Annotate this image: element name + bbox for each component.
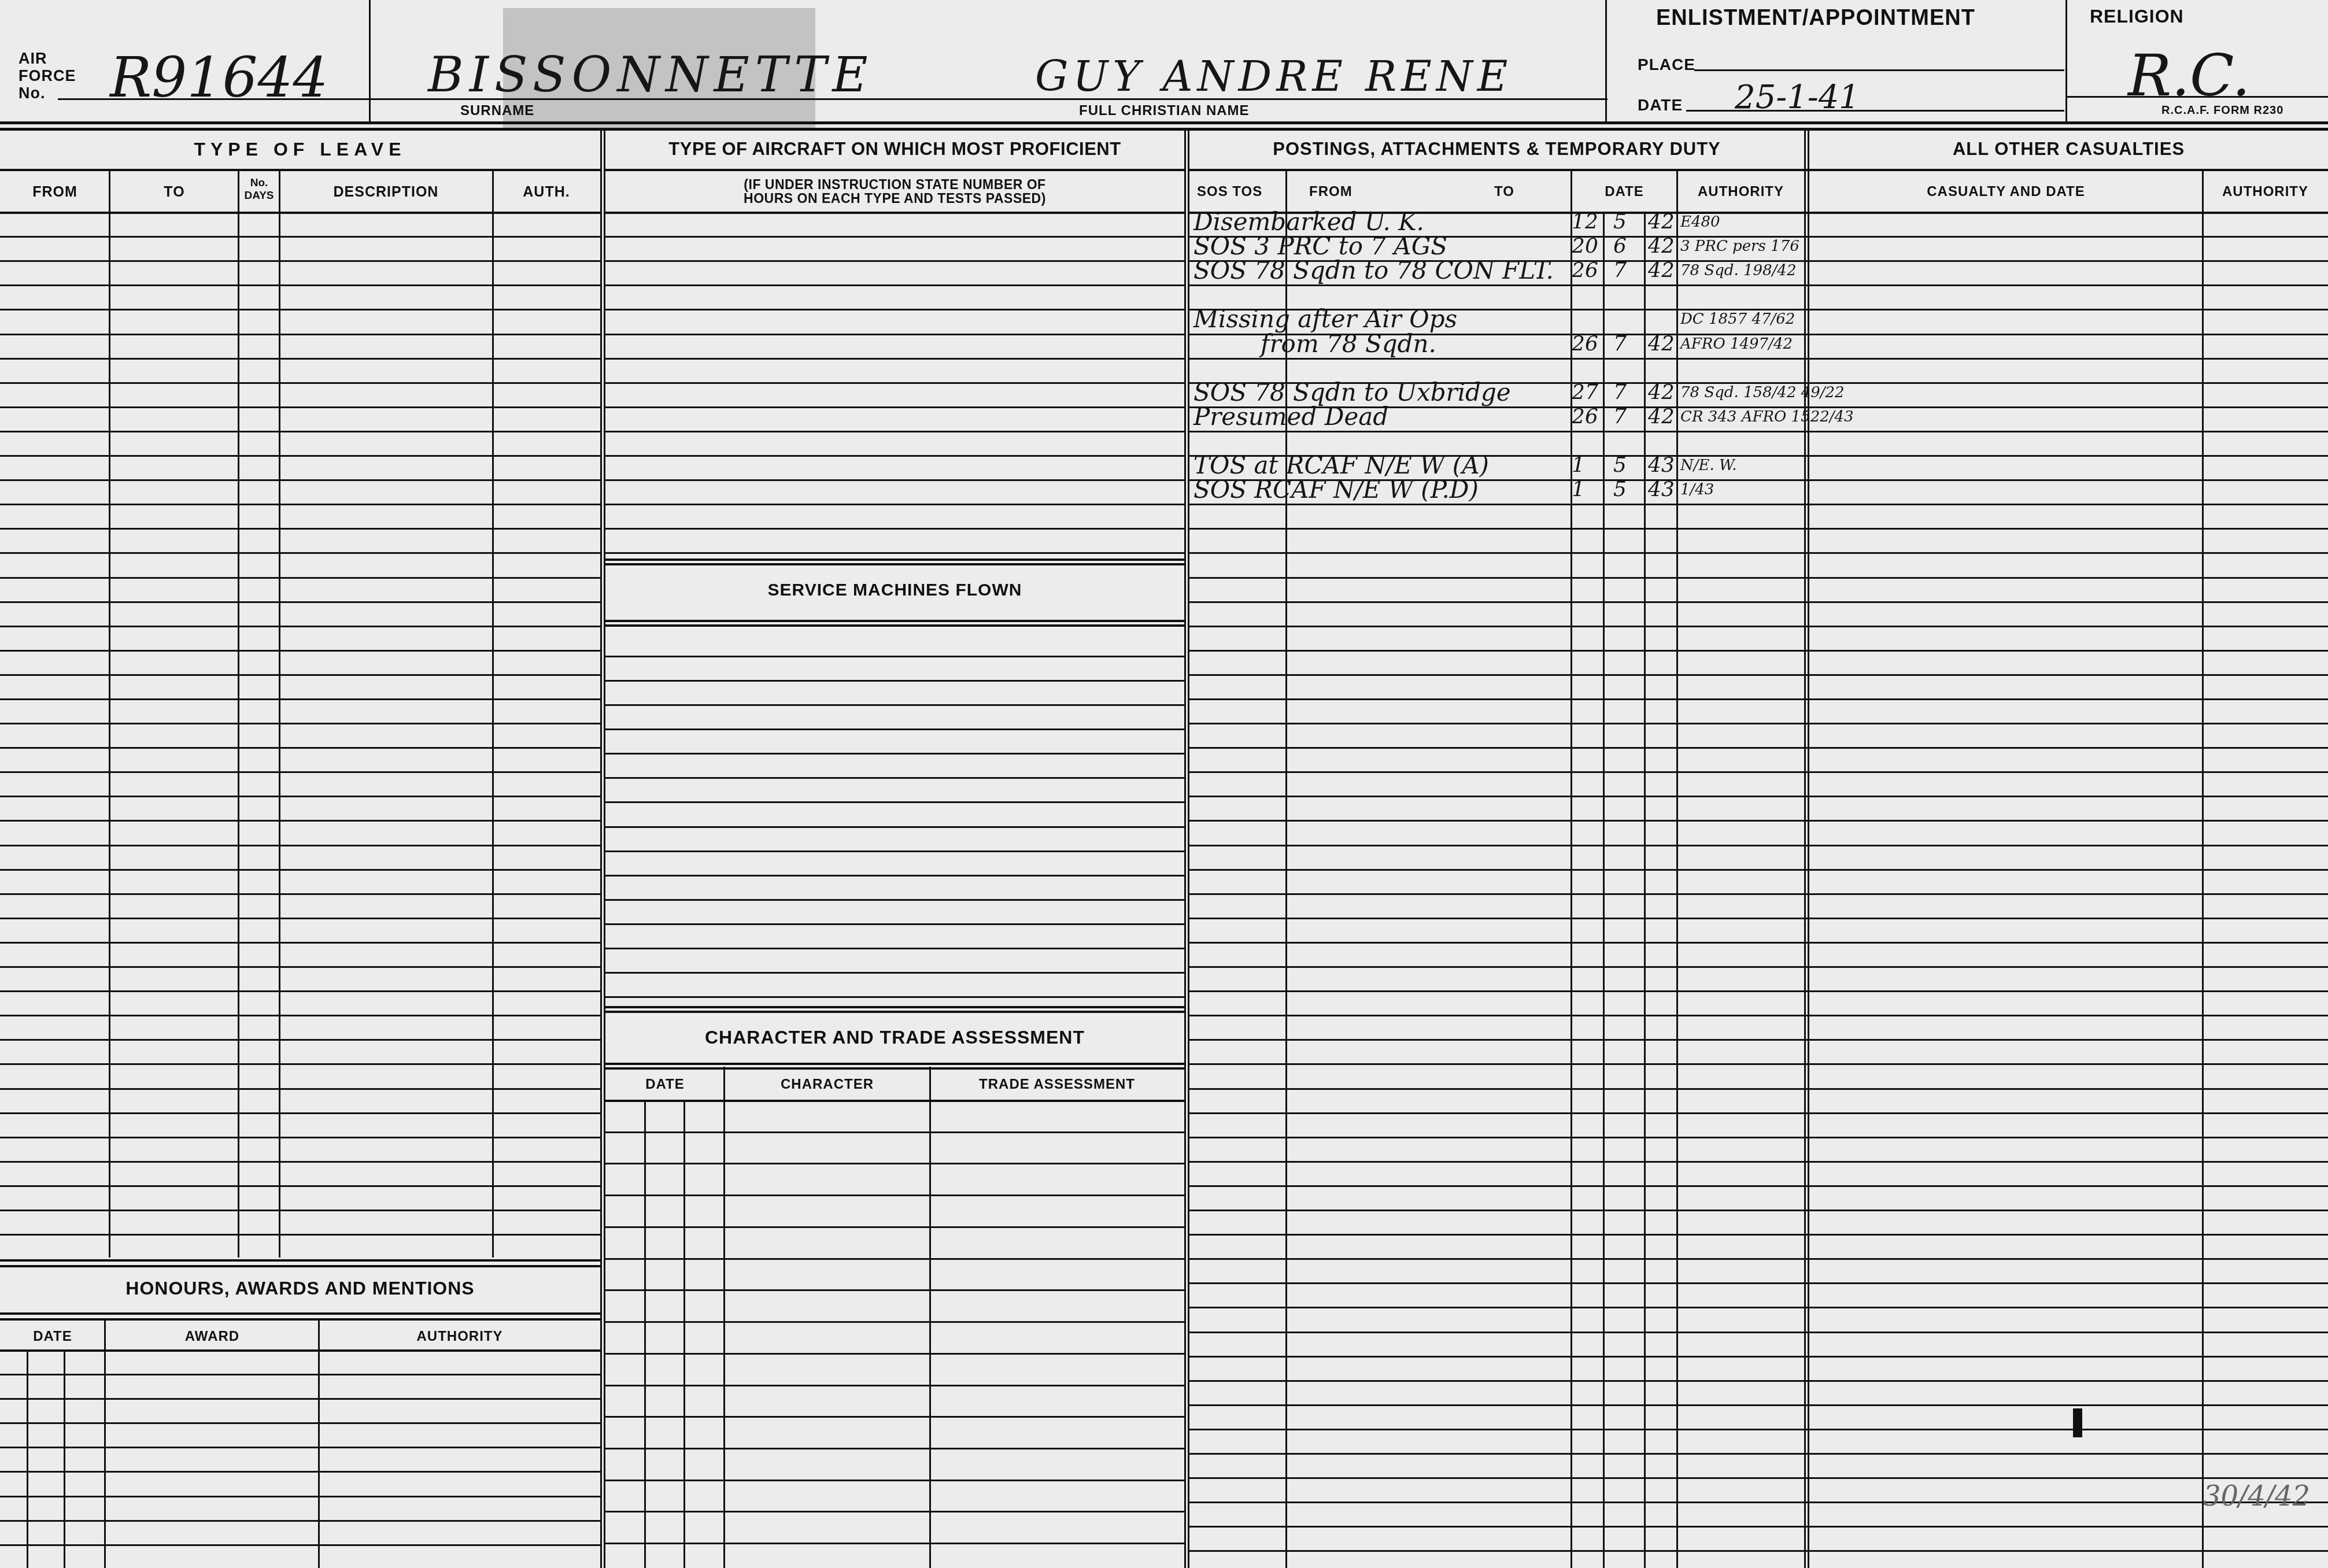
- row-rule: [605, 680, 1184, 682]
- row-rule: [1189, 1039, 2328, 1041]
- row-rule: [0, 431, 600, 432]
- aircraft-instruction-2: HOURS ON EACH TYPE AND TESTS PASSED): [605, 191, 1184, 206]
- row-rule: [605, 1353, 1184, 1355]
- posting-description: SOS 78 Sqdn to 78 CON FLT.: [1193, 258, 1554, 283]
- section-rule: [0, 212, 600, 214]
- column-divider: [683, 1100, 685, 1568]
- row-rule: [1189, 1063, 2328, 1065]
- row-rule: [605, 260, 1184, 262]
- row-rule: [605, 406, 1184, 408]
- row-rule: [1189, 431, 2328, 432]
- casualties-col-casualty: CASUALTY AND DATE: [1809, 184, 2203, 200]
- row-rule: [605, 656, 1184, 657]
- row-rule: [1189, 284, 2328, 286]
- row-rule: [605, 236, 1184, 238]
- posting-description: SOS RCAF N/E W (P.D): [1193, 477, 1479, 502]
- posting-year: 42: [1648, 380, 1675, 405]
- row-rule: [1189, 942, 2328, 944]
- row-rule: [605, 358, 1184, 360]
- row-rule: [1189, 1404, 2328, 1406]
- posting-description: SOS 78 Sqdn to Uxbridge: [1193, 380, 1511, 405]
- row-rule: [605, 1258, 1184, 1260]
- column-divider: [1644, 212, 1646, 1568]
- row-rule: [605, 753, 1184, 755]
- air-force-no-value[interactable]: R91644: [110, 45, 328, 110]
- row-rule: [0, 1185, 600, 1187]
- section-rule: [605, 1067, 1184, 1070]
- row-rule: [1189, 528, 2328, 530]
- row-rule: [1189, 1477, 2328, 1479]
- row-rule: [605, 728, 1184, 730]
- row-rule: [0, 747, 600, 749]
- row-rule: [0, 1234, 600, 1236]
- row-rule: [0, 382, 600, 384]
- column-divider: [644, 1100, 646, 1568]
- row-rule: [1189, 577, 2328, 579]
- row-rule: [1189, 845, 2328, 846]
- row-rule: [1189, 504, 2328, 505]
- row-rule: [605, 431, 1184, 432]
- posting-year: 42: [1648, 209, 1675, 235]
- casualties-title: ALL OTHER CASUALTIES: [1809, 139, 2328, 160]
- row-rule: [605, 382, 1184, 384]
- posting-day: 1: [1572, 477, 1585, 502]
- row-rule: [0, 1210, 600, 1211]
- row-rule: [605, 1226, 1184, 1228]
- section-rule: [605, 624, 1184, 627]
- column-divider: [318, 1319, 320, 1568]
- section-rule: [0, 1318, 600, 1321]
- row-rule: [0, 771, 600, 773]
- row-rule: [605, 552, 1184, 554]
- row-rule: [0, 674, 600, 676]
- section-rule: [605, 1100, 1184, 1102]
- row-rule: [605, 923, 1184, 925]
- column-divider: [109, 171, 110, 1258]
- row-rule: [605, 334, 1184, 335]
- posting-day: 26: [1572, 331, 1598, 357]
- enlistment-title: ENLISTMENT/APPOINTMENT: [1656, 6, 1975, 31]
- row-rule: [605, 309, 1184, 310]
- row-rule: [1189, 1210, 2328, 1211]
- section-rule: [605, 563, 1184, 565]
- posting-year: 42: [1648, 234, 1675, 259]
- posting-month: 7: [1613, 380, 1627, 405]
- section-rule: [0, 1259, 600, 1262]
- posting-authority: 3 PRC pers 176: [1680, 234, 1799, 259]
- row-rule: [605, 972, 1184, 974]
- row-rule: [605, 826, 1184, 828]
- row-rule: [0, 504, 600, 505]
- casualties-col-authority: AUTHORITY: [2203, 184, 2328, 200]
- row-rule: [605, 704, 1184, 706]
- row-rule: [605, 1511, 1184, 1512]
- leave-col-description: DESCRIPTION: [279, 184, 493, 201]
- row-rule: [605, 1385, 1184, 1386]
- row-rule: [1189, 966, 2328, 968]
- posting-day: 26: [1572, 404, 1598, 430]
- posting-description: Presumed Dead: [1193, 404, 1388, 430]
- row-rule: [0, 406, 600, 408]
- row-rule: [0, 820, 600, 822]
- postings-title: POSTINGS, ATTACHMENTS & TEMPORARY DUTY: [1189, 139, 1804, 160]
- row-rule: [1189, 1380, 2328, 1382]
- row-rule: [1189, 723, 2328, 724]
- paper-tear: [2073, 1408, 2082, 1437]
- posting-description: Missing after Air Ops: [1193, 306, 1457, 332]
- row-rule: [0, 1520, 600, 1522]
- posting-year: 42: [1648, 258, 1675, 283]
- row-rule: [1189, 1015, 2328, 1016]
- divider: [1605, 0, 1607, 123]
- row-rule: [1189, 820, 2328, 822]
- posting-month: 5: [1613, 209, 1627, 235]
- character-col-date: DATE: [605, 1077, 725, 1093]
- section-rule: [605, 1006, 1184, 1008]
- row-rule: [0, 893, 600, 895]
- header-rule: [0, 128, 2328, 131]
- row-rule: [0, 455, 600, 457]
- row-rule: [0, 1447, 600, 1448]
- column-divider: [723, 1067, 725, 1568]
- row-rule: [0, 698, 600, 700]
- row-rule: [1189, 990, 2328, 992]
- row-rule: [605, 899, 1184, 901]
- row-rule: [605, 996, 1184, 998]
- posting-description: TOS at RCAF N/E W (A): [1193, 453, 1489, 478]
- section-rule: [605, 169, 1184, 171]
- section-divider: [1808, 128, 1809, 1568]
- air-force-no-label-text: AIR FORCE No.: [19, 50, 71, 102]
- surname-value[interactable]: BISSONNETTE: [428, 46, 874, 103]
- row-rule: [0, 1471, 600, 1473]
- place-underline: [1694, 69, 2064, 71]
- column-divider: [929, 1067, 931, 1568]
- service-machines-title: SERVICE MACHINES FLOWN: [605, 580, 1184, 600]
- posting-description: Disembarked U. K.: [1193, 209, 1424, 235]
- row-rule: [0, 1039, 600, 1041]
- section-rule: [605, 559, 1184, 561]
- row-rule: [0, 1015, 600, 1016]
- row-rule: [0, 1063, 600, 1065]
- postings-col-to: TO: [1494, 184, 1514, 200]
- posting-day: 1: [1572, 453, 1585, 478]
- row-rule: [0, 260, 600, 262]
- posting-day: 27: [1572, 380, 1598, 405]
- row-rule: [1189, 796, 2328, 797]
- row-rule: [1189, 1185, 2328, 1187]
- row-rule: [0, 284, 600, 286]
- section-divider: [1188, 128, 1189, 1568]
- row-rule: [0, 552, 600, 554]
- leave-title: TYPE OF LEAVE: [0, 139, 600, 160]
- row-rule: [0, 845, 600, 846]
- aircraft-title: TYPE OF AIRCRAFT ON WHICH MOST PROFICIEN…: [605, 139, 1184, 160]
- section-divider: [1184, 128, 1186, 1568]
- posting-month: 5: [1613, 477, 1627, 502]
- section-rule: [1189, 169, 2328, 171]
- posting-authority: 78 Sqd. 198/42: [1680, 258, 1796, 283]
- row-rule: [0, 1161, 600, 1163]
- date-label: DATE: [1638, 96, 1683, 114]
- row-rule: [605, 504, 1184, 505]
- row-rule: [0, 918, 600, 919]
- row-rule: [1189, 601, 2328, 603]
- leave-col-from: FROM: [0, 184, 110, 201]
- row-rule: [1189, 747, 2328, 749]
- row-rule: [605, 850, 1184, 852]
- row-rule: [0, 723, 600, 724]
- christian-name-label: FULL CHRISTIAN NAME: [1079, 103, 1250, 119]
- row-rule: [605, 1416, 1184, 1418]
- posting-description: from 78 Sqdn.: [1261, 331, 1436, 357]
- row-rule: [0, 1137, 600, 1138]
- row-rule: [0, 236, 600, 238]
- christian-name-value[interactable]: GUY ANDRE RENE: [1035, 52, 1512, 101]
- row-rule: [0, 334, 600, 335]
- row-rule: [605, 1163, 1184, 1164]
- column-divider: [64, 1350, 65, 1568]
- row-rule: [605, 455, 1184, 457]
- row-rule: [0, 796, 600, 797]
- row-rule: [0, 1422, 600, 1424]
- posting-year: 42: [1648, 404, 1675, 430]
- row-rule: [1189, 626, 2328, 627]
- posting-year: 43: [1648, 453, 1675, 478]
- row-rule: [0, 966, 600, 968]
- aircraft-instruction-1: (IF UNDER INSTRUCTION STATE NUMBER OF: [605, 177, 1184, 193]
- section-rule: [605, 620, 1184, 622]
- row-rule: [0, 990, 600, 992]
- posting-authority: AFRO 1497/42: [1680, 331, 1793, 357]
- row-rule: [605, 1321, 1184, 1323]
- row-rule: [0, 479, 600, 481]
- row-rule: [1189, 918, 2328, 919]
- leave-col-to: TO: [110, 184, 239, 201]
- posting-day: 26: [1572, 258, 1598, 283]
- section-rule: [0, 1312, 600, 1315]
- honours-col-authority: AUTHORITY: [319, 1329, 600, 1345]
- posting-authority: 78 Sqd. 158/42 49/22: [1680, 380, 1845, 405]
- character-col-trade: TRADE ASSESSMENT: [930, 1077, 1184, 1093]
- row-rule: [605, 801, 1184, 803]
- column-divider: [238, 171, 239, 1258]
- row-rule: [1189, 1453, 2328, 1455]
- character-title: CHARACTER AND TRADE ASSESSMENT: [605, 1027, 1184, 1048]
- row-rule: [1189, 1332, 2328, 1333]
- posting-day: 12: [1572, 209, 1598, 235]
- posting-authority: N/E. W.: [1680, 453, 1736, 478]
- section-divider: [604, 128, 605, 1568]
- row-rule: [0, 1544, 600, 1546]
- religion-underline: [2067, 96, 2328, 98]
- honours-col-award: AWARD: [105, 1329, 319, 1345]
- row-rule: [605, 875, 1184, 877]
- posting-month: 7: [1613, 404, 1627, 430]
- form-number: R.C.A.F. FORM R230: [2161, 104, 2283, 117]
- row-rule: [1189, 1258, 2328, 1260]
- section-rule: [0, 1265, 600, 1267]
- row-rule: [605, 1131, 1184, 1133]
- posting-description: SOS 3 PRC to 7 AGS: [1193, 234, 1447, 259]
- row-rule: [0, 1398, 600, 1400]
- column-divider: [1676, 171, 1678, 1568]
- row-rule: [0, 577, 600, 579]
- row-rule: [1189, 1307, 2328, 1308]
- row-rule: [605, 284, 1184, 286]
- posting-authority: DC 1857 47/62: [1680, 306, 1795, 332]
- row-rule: [1189, 698, 2328, 700]
- postings-col-authority: AUTHORITY: [1677, 184, 1804, 200]
- row-rule: [1189, 1526, 2328, 1528]
- row-rule: [0, 626, 600, 627]
- row-rule: [0, 528, 600, 530]
- section-divider: [600, 128, 602, 1568]
- row-rule: [0, 650, 600, 652]
- row-rule: [1189, 1088, 2328, 1090]
- row-rule: [1189, 1137, 2328, 1138]
- casualties-margin-note: 30/4/42: [2203, 1480, 2310, 1512]
- posting-authority: CR 343 AFRO 1522/43: [1680, 404, 1854, 430]
- posting-month: 6: [1613, 234, 1627, 259]
- column-divider: [27, 1350, 28, 1568]
- row-rule: [1189, 893, 2328, 895]
- postings-col-from: FROM: [1309, 184, 1353, 200]
- row-rule: [0, 1112, 600, 1114]
- leave-col-auth: AUTH.: [493, 184, 600, 201]
- row-rule: [0, 601, 600, 603]
- section-rule: [605, 1063, 1184, 1065]
- row-rule: [0, 942, 600, 944]
- row-rule: [605, 777, 1184, 779]
- postings-col-sos-tos: SOS TOS: [1197, 184, 1262, 200]
- religion-label: RELIGION: [2090, 6, 2184, 27]
- row-rule: [605, 948, 1184, 949]
- column-divider: [2202, 171, 2204, 1568]
- posting-month: 7: [1613, 258, 1627, 283]
- place-label: PLACE: [1638, 56, 1695, 74]
- section-rule: [0, 1349, 600, 1352]
- column-divider: [279, 171, 280, 1258]
- row-rule: [605, 479, 1184, 481]
- row-rule: [0, 869, 600, 871]
- row-rule: [1189, 771, 2328, 773]
- row-rule: [1189, 1429, 2328, 1430]
- posting-month: 7: [1613, 331, 1627, 357]
- row-rule: [0, 1496, 600, 1497]
- honours-title: HONOURS, AWARDS AND MENTIONS: [0, 1278, 600, 1299]
- row-rule: [605, 1543, 1184, 1544]
- row-rule: [605, 1195, 1184, 1196]
- row-rule: [605, 1448, 1184, 1449]
- religion-value[interactable]: R.C.: [2128, 42, 2251, 109]
- section-divider: [1804, 128, 1806, 1568]
- section-rule: [0, 169, 600, 171]
- row-rule: [1189, 1282, 2328, 1284]
- row-rule: [605, 1289, 1184, 1291]
- row-rule: [1189, 552, 2328, 554]
- row-rule: [1189, 1502, 2328, 1503]
- row-rule: [1189, 1112, 2328, 1114]
- column-divider: [1603, 212, 1605, 1568]
- row-rule: [1189, 869, 2328, 871]
- posting-year: 43: [1648, 477, 1675, 502]
- row-rule: [1189, 1161, 2328, 1163]
- section-rule: [605, 1011, 1184, 1013]
- row-rule: [1189, 358, 2328, 360]
- column-divider: [104, 1319, 106, 1568]
- column-divider: [492, 171, 494, 1258]
- row-rule: [0, 1088, 600, 1090]
- row-rule: [1189, 1234, 2328, 1236]
- character-col-character: CHARACTER: [725, 1077, 930, 1093]
- row-rule: [0, 358, 600, 360]
- row-rule: [1189, 1550, 2328, 1552]
- leave-col-days: No. DAYS: [239, 177, 279, 202]
- enlistment-date-value[interactable]: 25-1-41: [1735, 79, 1860, 116]
- divider: [2065, 0, 2067, 123]
- posting-day: 20: [1572, 234, 1598, 259]
- header-rule: [0, 121, 2328, 124]
- row-rule: [0, 309, 600, 310]
- row-rule: [1189, 650, 2328, 652]
- posting-authority: 1/43: [1680, 477, 1714, 502]
- row-rule: [605, 528, 1184, 530]
- posting-month: 5: [1613, 453, 1627, 478]
- surname-label: SURNAME: [460, 103, 534, 119]
- row-rule: [0, 1374, 600, 1375]
- divider: [369, 0, 371, 123]
- posting-year: 42: [1648, 331, 1675, 357]
- row-rule: [1189, 674, 2328, 676]
- posting-authority: E480: [1680, 209, 1720, 235]
- air-force-no-label: AIR FORCE No.: [19, 50, 71, 102]
- section-rule: [605, 212, 1184, 214]
- postings-col-date: DATE: [1571, 184, 1677, 200]
- honours-col-date: DATE: [0, 1329, 105, 1345]
- row-rule: [605, 1480, 1184, 1481]
- row-rule: [1189, 1356, 2328, 1358]
